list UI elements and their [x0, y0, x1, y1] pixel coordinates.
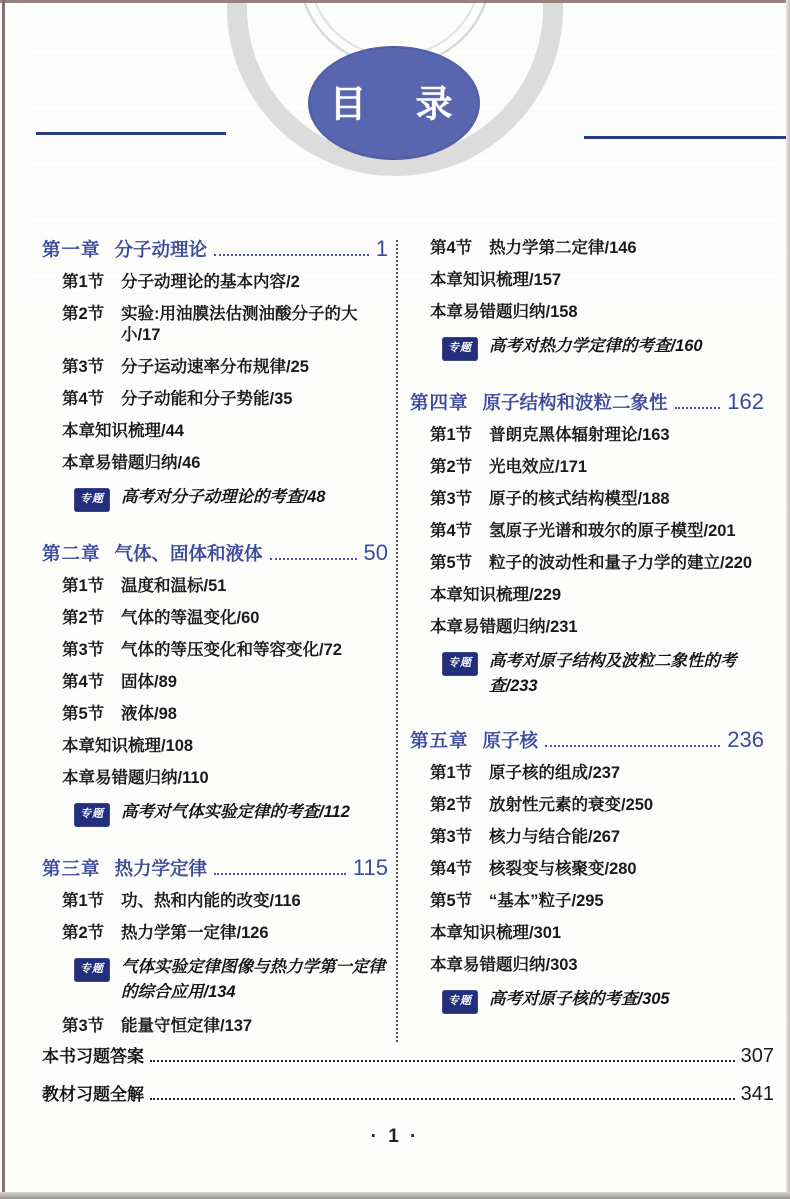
toc-summary-row: 本章易错题归纳/231 [410, 617, 764, 638]
summary-title: 本章易错题归纳/46 [62, 453, 200, 474]
toc-section-row: 第2节光电效应/171 [410, 457, 764, 478]
dot-leader [270, 546, 357, 560]
chapter-page-number: 115 [353, 857, 388, 878]
summary-title: 本章知识梳理/157 [430, 270, 561, 291]
dot-leader [675, 395, 721, 409]
summary-title: 本章易错题归纳/110 [62, 768, 209, 789]
toc-column-right: 第4节热力学第二定律/146本章知识梳理/157本章易错题归纳/158专题高考对… [410, 238, 764, 1025]
section-number: 第4节 [62, 389, 112, 410]
toc-section-row: 第4节分子动能和分子势能/35 [42, 389, 388, 410]
section-title: 热力学第二定律/146 [489, 238, 637, 259]
summary-title: 本章易错题归纳/231 [430, 617, 578, 638]
section-title: 液体/98 [121, 704, 177, 725]
toc-section-row: 第3节核力与结合能/267 [410, 827, 764, 848]
special-topic-badge: 专题 [442, 990, 478, 1014]
footer-entry-page: 341 [741, 1084, 774, 1105]
section-number: 第5节 [430, 553, 480, 574]
chapter-page-number: 162 [727, 391, 764, 412]
scanned-toc-page: 目 录 第一章分子动理论1第1节分子动理论的基本内容/2第2节实验:用油膜法估测… [0, 0, 790, 1199]
toc-summary-row: 本章知识梳理/108 [42, 736, 388, 757]
summary-title: 本章知识梳理/301 [430, 923, 561, 944]
footer-entry-title: 教材习题全解 [42, 1084, 144, 1105]
special-topic-badge: 专题 [74, 958, 110, 982]
toc-chapter-row: 第一章分子动理论1 [42, 238, 388, 260]
section-title: 原子核的组成/237 [489, 763, 620, 784]
section-title: 分子动理论的基本内容/2 [121, 272, 300, 293]
dot-leader [150, 1048, 735, 1062]
special-topic-title: 气体实验定律图像与热力学第一定律的综合应用/134 [121, 955, 388, 1005]
toc-section-row: 第5节粒子的波动性和量子力学的建立/220 [410, 553, 764, 574]
section-title: 热力学第一定律/126 [121, 923, 269, 944]
toc-section-row: 第3节分子运动速率分布规律/25 [42, 357, 388, 378]
section-title: “基本”粒子/295 [489, 891, 604, 912]
toc-summary-row: 本章知识梳理/44 [42, 421, 388, 442]
chapter-number: 第三章 [42, 858, 101, 879]
toc-summary-row: 本章易错题归纳/46 [42, 453, 388, 474]
section-number: 第5节 [430, 891, 480, 912]
toc-section-row: 第4节热力学第二定律/146 [410, 238, 764, 259]
special-topic-title: 高考对原子核的考查/305 [489, 987, 670, 1012]
special-topic-badge: 专题 [74, 488, 110, 512]
section-number: 第2节 [430, 795, 480, 816]
section-number: 第4节 [430, 521, 480, 542]
chapter-title: 热力学定律 [115, 858, 208, 879]
toc-summary-row: 本章知识梳理/157 [410, 270, 764, 291]
toc-section-row: 第4节氢原子光谱和玻尔的原子模型/201 [410, 521, 764, 542]
section-title: 原子的核式结构模型/188 [489, 489, 670, 510]
header-rule-left [36, 132, 226, 135]
toc-column-left: 第一章分子动理论1第1节分子动理论的基本内容/2第2节实验:用油膜法估测油酸分子… [42, 238, 388, 1048]
section-title: 分子动能和分子势能/35 [121, 389, 292, 410]
toc-section-row: 第5节“基本”粒子/295 [410, 891, 764, 912]
section-title: 温度和温标/51 [121, 576, 226, 597]
header-rule-right [584, 136, 788, 139]
chapter-page-number: 1 [376, 238, 388, 259]
footer-entry-row: 本书习题答案307 [42, 1046, 774, 1067]
section-title: 分子运动速率分布规律/25 [121, 357, 309, 378]
footer-entry-page: 307 [741, 1046, 774, 1067]
toc-summary-row: 本章易错题归纳/158 [410, 302, 764, 323]
section-title: 普朗克黑体辐射理论/163 [489, 425, 670, 446]
page-number: · 1 · [0, 1126, 790, 1148]
toc-section-row: 第3节能量守恒定律/137 [42, 1016, 388, 1037]
toc-section-row: 第2节实验:用油膜法估测油酸分子的大小/17 [42, 304, 388, 346]
special-topic-title: 高考对热力学定律的考查/160 [489, 334, 703, 359]
toc-chapter-row: 第二章气体、固体和液体50 [42, 542, 388, 564]
summary-title: 本章易错题归纳/158 [430, 302, 578, 323]
summary-title: 本章易错题归纳/303 [430, 955, 578, 976]
chapter-title: 原子核 [483, 730, 539, 751]
section-number: 第3节 [62, 640, 112, 661]
scan-edge-bottom [0, 1192, 790, 1199]
toc-section-row: 第1节分子动理论的基本内容/2 [42, 272, 388, 293]
section-title: 实验:用油膜法估测油酸分子的大小/17 [121, 304, 388, 346]
chapter-number: 第二章 [42, 543, 101, 564]
toc-section-row: 第4节核裂变与核聚变/280 [410, 859, 764, 880]
section-number: 第2节 [430, 457, 480, 478]
toc-special-row: 专题高考对原子核的考查/305 [410, 987, 764, 1014]
chapter-page-number: 50 [364, 542, 388, 563]
section-title: 核力与结合能/267 [489, 827, 620, 848]
toc-special-row: 专题高考对原子结构及波粒二象性的考查/233 [410, 649, 764, 699]
dot-leader [150, 1086, 735, 1100]
chapter-page-number: 236 [727, 729, 764, 750]
dot-leader [545, 733, 720, 747]
section-number: 第2节 [62, 304, 112, 325]
section-title: 粒子的波动性和量子力学的建立/220 [489, 553, 752, 574]
section-title: 功、热和内能的改变/116 [121, 891, 301, 912]
section-number: 第3节 [62, 357, 112, 378]
special-topic-badge: 专题 [442, 652, 478, 676]
toc-section-row: 第4节固体/89 [42, 672, 388, 693]
special-topic-title: 高考对原子结构及波粒二象性的考查/233 [489, 649, 764, 699]
section-title: 气体的等压变化和等容变化/72 [121, 640, 342, 661]
dot-leader [214, 242, 369, 256]
section-title: 光电效应/171 [489, 457, 587, 478]
toc-special-row: 专题高考对分子动理论的考查/48 [42, 485, 388, 512]
toc-section-row: 第1节功、热和内能的改变/116 [42, 891, 388, 912]
section-number: 第3节 [62, 1016, 112, 1037]
section-number: 第1节 [62, 891, 112, 912]
section-number: 第3节 [430, 827, 480, 848]
toc-section-row: 第3节原子的核式结构模型/188 [410, 489, 764, 510]
footer-entry-row: 教材习题全解341 [42, 1084, 774, 1105]
section-title: 放射性元素的衰变/250 [489, 795, 653, 816]
toc-summary-row: 本章易错题归纳/303 [410, 955, 764, 976]
section-title: 核裂变与核聚变/280 [489, 859, 637, 880]
section-number: 第4节 [430, 238, 480, 259]
footer-entries: 本书习题答案307教材习题全解341 [42, 1046, 774, 1122]
section-number: 第4节 [62, 672, 112, 693]
toc-summary-row: 本章知识梳理/229 [410, 585, 764, 606]
section-number: 第1节 [430, 763, 480, 784]
toc-chapter-row: 第四章原子结构和波粒二象性162 [410, 391, 764, 413]
chapter-title: 原子结构和波粒二象性 [483, 392, 668, 413]
chapter-title: 分子动理论 [115, 239, 208, 260]
section-number: 第4节 [430, 859, 480, 880]
toc-summary-row: 本章易错题归纳/110 [42, 768, 388, 789]
toc-section-row: 第1节普朗克黑体辐射理论/163 [410, 425, 764, 446]
section-title: 固体/89 [121, 672, 177, 693]
toc-section-row: 第3节气体的等压变化和等容变化/72 [42, 640, 388, 661]
toc-section-row: 第1节原子核的组成/237 [410, 763, 764, 784]
special-topic-title: 高考对气体实验定律的考查/112 [121, 800, 350, 825]
summary-title: 本章知识梳理/108 [62, 736, 193, 757]
chapter-number: 第一章 [42, 239, 101, 260]
dot-leader [214, 861, 346, 875]
section-number: 第3节 [430, 489, 480, 510]
summary-title: 本章知识梳理/44 [62, 421, 184, 442]
toc-special-row: 专题气体实验定律图像与热力学第一定律的综合应用/134 [42, 955, 388, 1005]
section-number: 第2节 [62, 608, 112, 629]
toc-section-row: 第2节热力学第一定律/126 [42, 923, 388, 944]
scan-edge-right [786, 0, 790, 1199]
toc-section-row: 第5节液体/98 [42, 704, 388, 725]
toc-section-row: 第1节温度和温标/51 [42, 576, 388, 597]
toc-special-row: 专题高考对气体实验定律的考查/112 [42, 800, 388, 827]
toc-special-row: 专题高考对热力学定律的考查/160 [410, 334, 764, 361]
chapter-number: 第五章 [410, 730, 469, 751]
toc-section-row: 第2节放射性元素的衰变/250 [410, 795, 764, 816]
special-topic-badge: 专题 [74, 803, 110, 827]
scan-edge-left [2, 0, 5, 1193]
toc-section-row: 第2节气体的等温变化/60 [42, 608, 388, 629]
footer-entry-title: 本书习题答案 [42, 1046, 144, 1067]
section-number: 第1节 [62, 272, 112, 293]
chapter-number: 第四章 [410, 392, 469, 413]
special-topic-title: 高考对分子动理论的考查/48 [121, 485, 325, 510]
toc-summary-row: 本章知识梳理/301 [410, 923, 764, 944]
chapter-title: 气体、固体和液体 [115, 543, 263, 564]
section-title: 氢原子光谱和玻尔的原子模型/201 [489, 521, 736, 542]
section-number: 第5节 [62, 704, 112, 725]
summary-title: 本章知识梳理/229 [430, 585, 561, 606]
section-number: 第1节 [62, 576, 112, 597]
toc-chapter-row: 第三章热力学定律115 [42, 857, 388, 879]
page-title: 目 录 [330, 73, 459, 127]
section-title: 气体的等温变化/60 [121, 608, 259, 629]
section-title: 能量守恒定律/137 [121, 1016, 252, 1037]
section-number: 第2节 [62, 923, 112, 944]
column-divider [396, 240, 398, 1042]
toc-chapter-row: 第五章原子核236 [410, 729, 764, 751]
section-number: 第1节 [430, 425, 480, 446]
scan-edge-top [0, 0, 790, 3]
special-topic-badge: 专题 [442, 337, 478, 361]
